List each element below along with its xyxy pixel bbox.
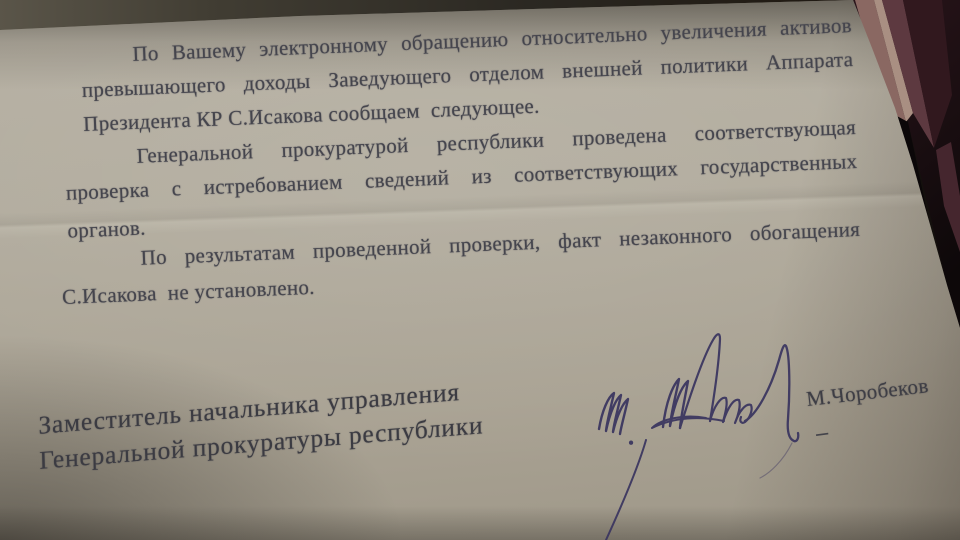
letter-sheet: По Вашему электронному обращению относит…	[0, 0, 960, 540]
signature-stroke	[745, 345, 798, 441]
photo-of-letter: { "letter": { "language": "ru", "paragra…	[0, 0, 960, 540]
signer-title: Заместитель начальника управления Генера…	[38, 364, 583, 478]
signature-stroke	[599, 393, 628, 434]
signature-stroke	[710, 398, 752, 423]
signature-stroke	[680, 334, 720, 428]
signer-name: М.Чоробеков	[805, 369, 960, 412]
signature-tail	[606, 440, 646, 540]
signature-stroke	[663, 379, 688, 428]
signature-faint-stroke	[760, 443, 792, 478]
signature-dot	[629, 441, 632, 444]
signature-underline	[652, 417, 724, 428]
signer-mark: –	[814, 419, 830, 447]
letter-body: По Вашему электронному обращению относит…	[52, 8, 862, 314]
